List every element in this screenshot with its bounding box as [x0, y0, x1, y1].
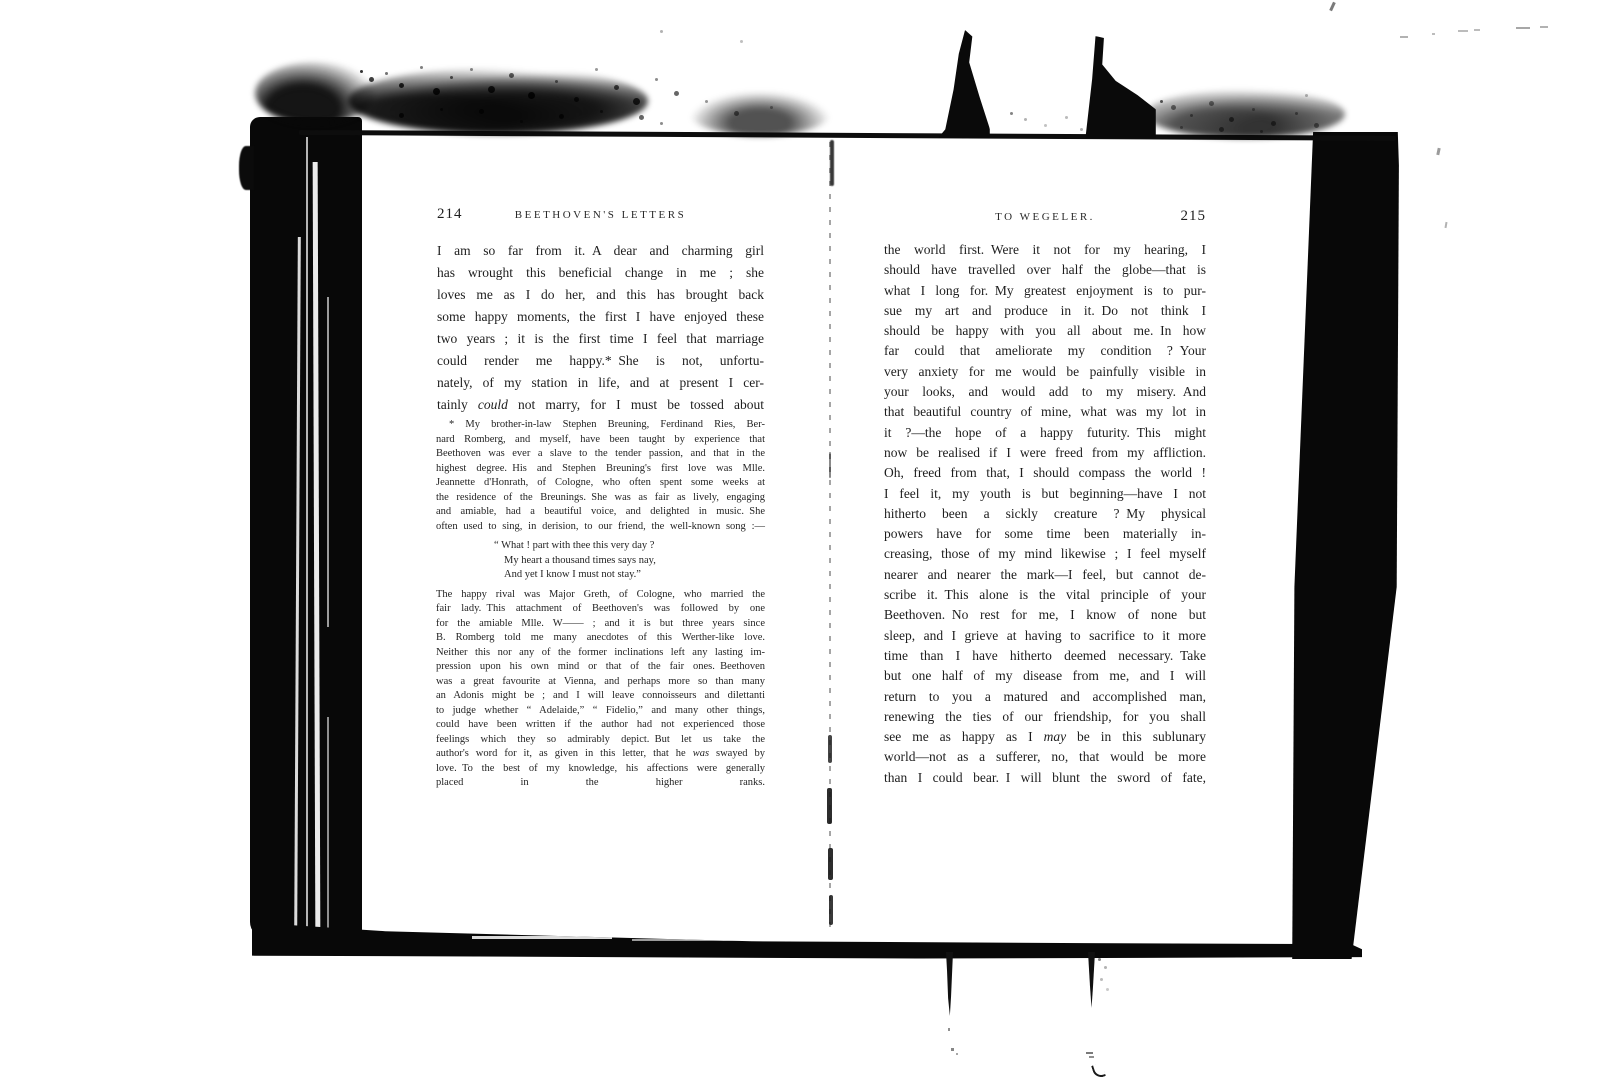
left-running-head: BEETHOVEN'S LETTERS: [437, 206, 764, 221]
text-line: loves me as I do her, and this has broug…: [437, 284, 764, 306]
text-line: nately, of my station in life, and at pr…: [437, 372, 764, 394]
ink-speckle-field: [360, 70, 363, 73]
gutter-dab: [828, 848, 833, 880]
text-line: time than I have hitherto deemed necessa…: [884, 646, 1206, 666]
scan-mark: [1436, 148, 1440, 155]
scan-mark: [1329, 2, 1336, 11]
text-line: Jeannette d'Honrath, of Cologne, who oft…: [436, 476, 765, 491]
page-edge-streak: [327, 297, 329, 627]
text-line: My heart a thousand times says nay,: [494, 554, 765, 569]
ink-lip: [239, 146, 254, 190]
page-edge-sliver: [632, 939, 832, 941]
text-line: has wrought this beneficial change in me…: [437, 262, 764, 284]
ink-speckle-field: [1010, 112, 1013, 115]
scan-mark: [1432, 33, 1435, 35]
page-edge-streak: [306, 137, 308, 932]
book-scan: 214 BEETHOVEN'S LETTERS I am so far from…: [0, 0, 1600, 1088]
text-line: often used to sing, in derision, to our …: [436, 520, 765, 535]
text-line: sue my art and produce in it. Do not thi…: [884, 301, 1206, 321]
scan-mark: [1458, 30, 1468, 32]
ink-drip: [1088, 952, 1095, 1008]
text-line: the world first. Were it not for my hear…: [884, 240, 1206, 260]
left-page-number: 214: [437, 206, 463, 223]
left-page-header: 214 BEETHOVEN'S LETTERS: [437, 206, 764, 226]
text-line: for the amiable Mlle. W—— ; and it is bu…: [436, 617, 765, 632]
ink-blob: [1072, 36, 1156, 138]
text-line: Beethoven was ever a slave to the tender…: [436, 447, 765, 462]
text-line: powers have for some time been materiall…: [884, 524, 1206, 544]
ink-blob: [938, 30, 990, 138]
ink-smudge: [690, 92, 830, 136]
text-line: scribe it. This alone is the vital princ…: [884, 585, 1206, 605]
text-line: highest degree. His and Stephen Breuning…: [436, 462, 765, 477]
text-line: far could that ameliorate my condition ?…: [884, 341, 1206, 361]
text-line: creasing, those of my mind likewise ; I …: [884, 544, 1206, 564]
text-line: to judge whether “ Adelaide,” “ Fidelio,…: [436, 704, 765, 719]
footnote-verse: “ What ! part with thee this very day ?M…: [494, 539, 765, 583]
scan-mark: [1474, 29, 1480, 31]
text-line: author's word for it, as given in this l…: [436, 747, 765, 762]
text-line: but one half of my disease from me, and …: [884, 666, 1206, 686]
text-line: return to you a matured and accomplished…: [884, 687, 1206, 707]
right-page-edge-ink-band: [1290, 132, 1400, 959]
text-line: * My brother-in-law Stephen Breuning, Fe…: [436, 418, 765, 433]
text-line: world—not as a sufferer, no, that would …: [884, 747, 1206, 767]
gutter-dab: [827, 788, 832, 824]
text-line: see me as happy as I may be in this subl…: [884, 727, 1206, 747]
page-edge-streak: [327, 717, 329, 937]
text-line: feelings which they so admirably depict.…: [436, 733, 765, 748]
scan-mark: [1400, 36, 1408, 38]
text-line: fair lady. This attachment of Beethoven'…: [436, 602, 765, 617]
text-line: And yet I know I must not stay.”: [494, 568, 765, 583]
text-line: pression upon his own mind or that of th…: [436, 660, 765, 675]
text-line: Neither this nor any of the former incli…: [436, 646, 765, 661]
text-line: nard Romberg, and myself, have been taug…: [436, 433, 765, 448]
text-line: love. To the best of my knowledge, his a…: [436, 762, 765, 777]
text-line: placed in the higher ranks.: [436, 776, 765, 791]
gutter-dab: [829, 895, 833, 925]
text-line: Oh, freed from that, I should compass th…: [884, 463, 1206, 483]
scan-mark: [956, 1053, 958, 1055]
right-page-body: the world first. Were it not for my hear…: [884, 240, 1206, 788]
gutter-drip: [830, 140, 834, 186]
bottom-page-edge-ink-band: [252, 924, 1362, 960]
text-line: that beautiful country of mine, what was…: [884, 402, 1206, 422]
text-line: it ?—the hope of a happy futurity. This …: [884, 423, 1206, 443]
text-line: could render me happy.* She is not, unfo…: [437, 350, 764, 372]
footnote-paragraph-1: * My brother-in-law Stephen Breuning, Fe…: [436, 418, 765, 534]
text-line: now be realised if I were freed from my …: [884, 443, 1206, 463]
text-line: Beethoven. No rest for me, I know of non…: [884, 605, 1206, 625]
text-line: B. Romberg told me many anecdotes of thi…: [436, 631, 765, 646]
left-page-footnote: * My brother-in-law Stephen Breuning, Fe…: [436, 418, 765, 791]
text-line: very anxiety for me would be painfully v…: [884, 362, 1206, 382]
gutter-dab: [828, 735, 832, 763]
scan-mark: [951, 1048, 954, 1051]
text-line: your looks, and would add to my misery. …: [884, 382, 1206, 402]
scan-mark: [1089, 1056, 1094, 1058]
text-line: two years ; it is the first time I feel …: [437, 328, 764, 350]
text-line: than I could bear. I will blunt the swor…: [884, 768, 1206, 788]
text-line: I feel it, my youth is but beginning—hav…: [884, 484, 1206, 504]
right-page-number: 215: [1181, 208, 1207, 225]
text-line: renewing the ties of our friendship, for…: [884, 707, 1206, 727]
text-line: I am so far from it. A dear and charming…: [437, 240, 764, 262]
ink-speckle-field: [1098, 958, 1101, 961]
scan-squiggle: [1091, 1063, 1106, 1080]
text-line: what I long for. My greatest enjoyment i…: [884, 281, 1206, 301]
scan-mark: [1516, 27, 1530, 29]
text-line: hitherto been a sickly creature ? My phy…: [884, 504, 1206, 524]
text-line: was a great favourite at Vienna, and per…: [436, 675, 765, 690]
footnote-paragraph-2: The happy rival was Major Greth, of Colo…: [436, 588, 765, 791]
ink-smudge: [348, 68, 648, 134]
ink-drip: [946, 952, 953, 1016]
text-line: “ What ! part with thee this very day ?: [494, 539, 765, 554]
text-line: sleep, and I grieve at having to sacrifi…: [884, 626, 1206, 646]
left-page-body: I am so far from it. A dear and charming…: [437, 240, 764, 416]
text-line: nearer and nearer the mark—I feel, but c…: [884, 565, 1206, 585]
page-edge-sliver: [472, 936, 612, 939]
ink-smudge: [1145, 90, 1345, 138]
page-edge-streak: [313, 162, 321, 932]
gutter-dab: [829, 452, 831, 478]
right-page-header: TO WEGELER. 215: [884, 208, 1206, 228]
page-edge-streak: [294, 237, 301, 937]
text-line: tainly could not marry, for I must be to…: [437, 394, 764, 416]
scan-mark: [948, 1028, 950, 1031]
ink-speckle-field: [1160, 100, 1163, 103]
text-line: The happy rival was Major Greth, of Colo…: [436, 588, 765, 603]
scan-mark: [1444, 222, 1447, 228]
scan-mark: [1086, 1052, 1093, 1054]
text-line: an Adonis might be ; and I will leave co…: [436, 689, 765, 704]
left-page-edge-ink-band: [250, 117, 362, 938]
text-line: the residence of the Breunings. She was …: [436, 491, 765, 506]
scan-mark: [1540, 26, 1548, 28]
text-line: and amiable, had a beautiful voice, and …: [436, 505, 765, 520]
text-line: could have been written if the author ha…: [436, 718, 765, 733]
text-line: should have travelled over half the glob…: [884, 260, 1206, 280]
right-running-head: TO WEGELER.: [884, 208, 1206, 223]
text-line: some happy moments, the first I have enj…: [437, 306, 764, 328]
text-line: should be happy with you all about me. I…: [884, 321, 1206, 341]
